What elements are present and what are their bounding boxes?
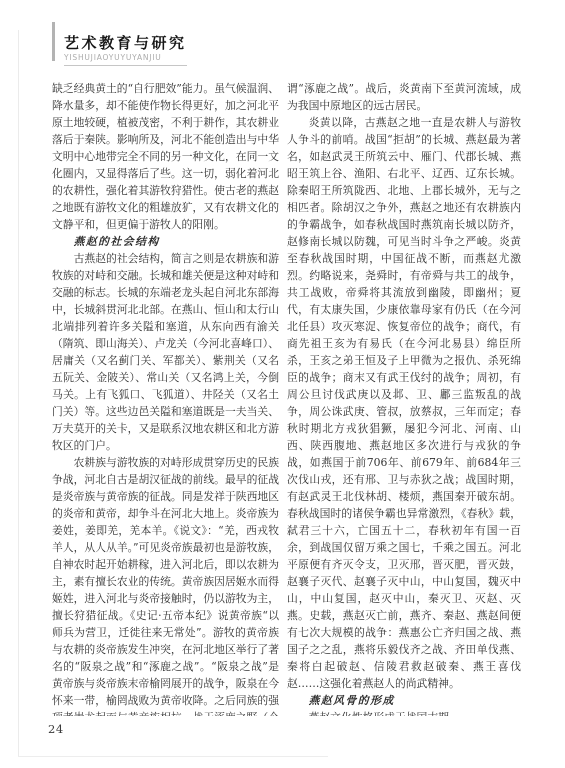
scanned-book-page: 艺术教育与研究 YISHUJIAOYUYUYANJIU 缺乏经典黄土的“自行肥效…: [0, 0, 565, 768]
paragraph: 缺乏经典黄土的“自行肥效”能力。虽气候温润、降水量多，却不能使作物长得更好，加之…: [52, 80, 279, 233]
header-title-block: 艺术教育与研究 YISHUJIAOYUYUYANJIU: [64, 21, 187, 66]
paragraph: 燕赵文化性格形成于战国末期。: [287, 709, 521, 716]
text-column-left: 缺乏经典黄土的“自行肥效”能力。虽气候温润、降水量多，却不能使作物长得更好，加之…: [52, 80, 279, 716]
text-column-right: 谓“涿鹿之战”。战后，炎黄南下至黄河流域，成为我国中原地区的远古居民。炎黄以降，…: [287, 80, 521, 716]
journal-title-pinyin: YISHUJIAOYUYUYANJIU: [64, 53, 187, 62]
paragraph: 古燕赵的社会结构，简言之则是农耕族和游牧族的对峙和交融。长城和雄关便是这种对峙和…: [52, 250, 279, 454]
paragraph: 炎黄以降，古燕赵之地一直是农耕人与游牧人争斗的前哨。战国“拒胡”的长城、燕赵最为…: [287, 114, 521, 692]
header-accent-bar: [52, 22, 55, 61]
page-edge-line-bottom: [18, 756, 328, 757]
paragraph: 谓“涿鹿之战”。战后，炎黄南下至黄河流域，成为我国中原地区的远古居民。: [287, 80, 521, 114]
journal-title: 艺术教育与研究: [64, 34, 187, 52]
section-heading: 燕赵风骨的形成: [287, 692, 521, 709]
section-heading: 燕赵的社会结构: [52, 233, 279, 250]
article-body: 缺乏经典黄土的“自行肥效”能力。虽气候温润、降水量多，却不能使作物长得更好，加之…: [52, 80, 521, 716]
paragraph: 农耕族与游牧族的对峙形成贯穿历史的民族争战，河北自古是胡汉征战的前线。最早的征战…: [52, 454, 279, 716]
page-edge-line-left: [18, 30, 19, 756]
page-number: 24: [48, 722, 64, 736]
journal-header: 艺术教育与研究 YISHUJIAOYUYUYANJIU: [52, 21, 187, 66]
